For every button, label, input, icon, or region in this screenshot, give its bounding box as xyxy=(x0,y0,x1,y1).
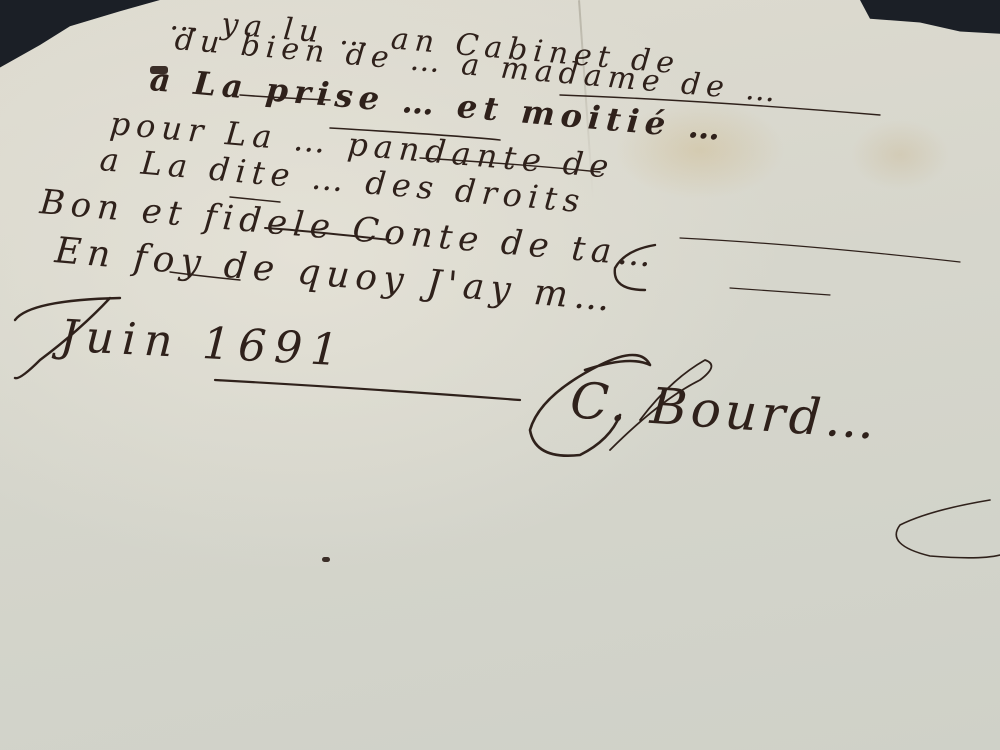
ink-dot xyxy=(150,66,168,74)
handwriting-area: … ya lu … an Cabinet de du bien de … a m… xyxy=(0,0,1000,750)
ink-speck xyxy=(322,557,330,562)
